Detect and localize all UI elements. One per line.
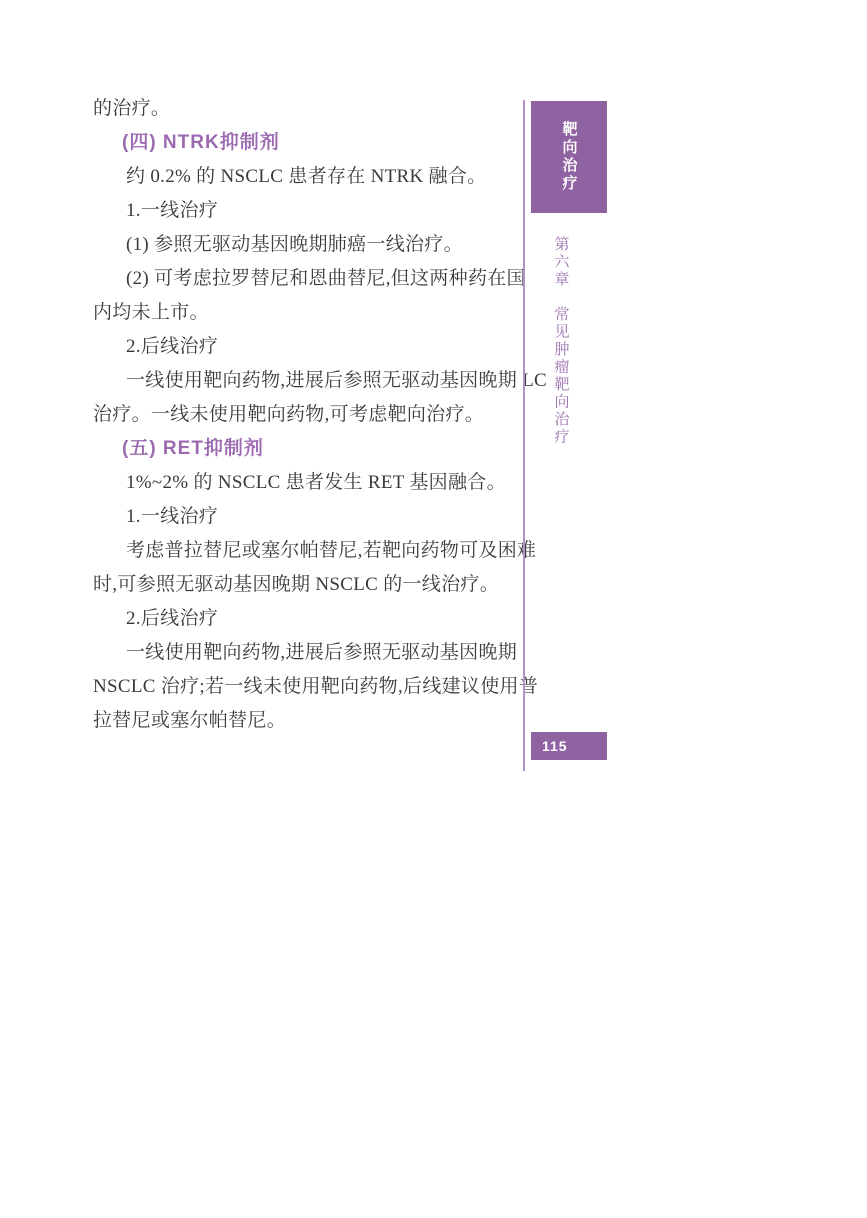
text-line: 一线使用靶向药物,进展后参照无驱动基因晚期 LC [93,364,517,398]
text-line: 时,可参照无驱动基因晚期 NSCLC 的一线治疗。 [93,568,517,602]
text-line: 约 0.2% 的 NSCLC 患者存在 NTRK 融合。 [93,160,517,194]
text-line: 2.后线治疗 [93,330,517,364]
text-line: 1.一线治疗 [93,500,517,534]
text-line: 1%~2% 的 NSCLC 患者发生 RET 基因融合。 [93,466,517,500]
text-line: 考虑普拉替尼或塞尔帕替尼,若靶向药物可及困难 [93,534,517,568]
text-line: 1.一线治疗 [93,194,517,228]
document-page: 的治疗。(四) NTRK抑制剂约 0.2% 的 NSCLC 患者存在 NTRK … [0,0,867,1218]
text-line: 一线使用靶向药物,进展后参照无驱动基因晚期 [93,636,517,670]
page-number-box: 115 [531,732,607,760]
sidebar-tab-label: 靶向治疗 [559,121,580,193]
section-heading: (五) RET抑制剂 [93,432,517,466]
text-line: 2.后线治疗 [93,602,517,636]
text-line: 内均未上市。 [93,296,517,330]
text-line: 治疗。一线未使用靶向药物,可考虑靶向治疗。 [93,398,517,432]
body-text: 的治疗。(四) NTRK抑制剂约 0.2% 的 NSCLC 患者存在 NTRK … [93,92,517,738]
text-line: (2) 可考虑拉罗替尼和恩曲替尼,但这两种药在国 [93,262,517,296]
section-heading: (四) NTRK抑制剂 [93,126,517,160]
text-line: 的治疗。 [93,92,517,126]
text-line: NSCLC 治疗;若一线未使用靶向药物,后线建议使用普 [93,670,517,704]
text-line: 拉替尼或塞尔帕替尼。 [93,704,517,738]
text-line: (1) 参照无驱动基因晚期肺癌一线治疗。 [93,228,517,262]
chapter-label: 第六章 常见肿瘤靶向治疗 [551,236,572,446]
sidebar-tab: 靶向治疗 [531,101,607,213]
chapter-label-container: 第六章 常见肿瘤靶向治疗 [523,236,599,446]
